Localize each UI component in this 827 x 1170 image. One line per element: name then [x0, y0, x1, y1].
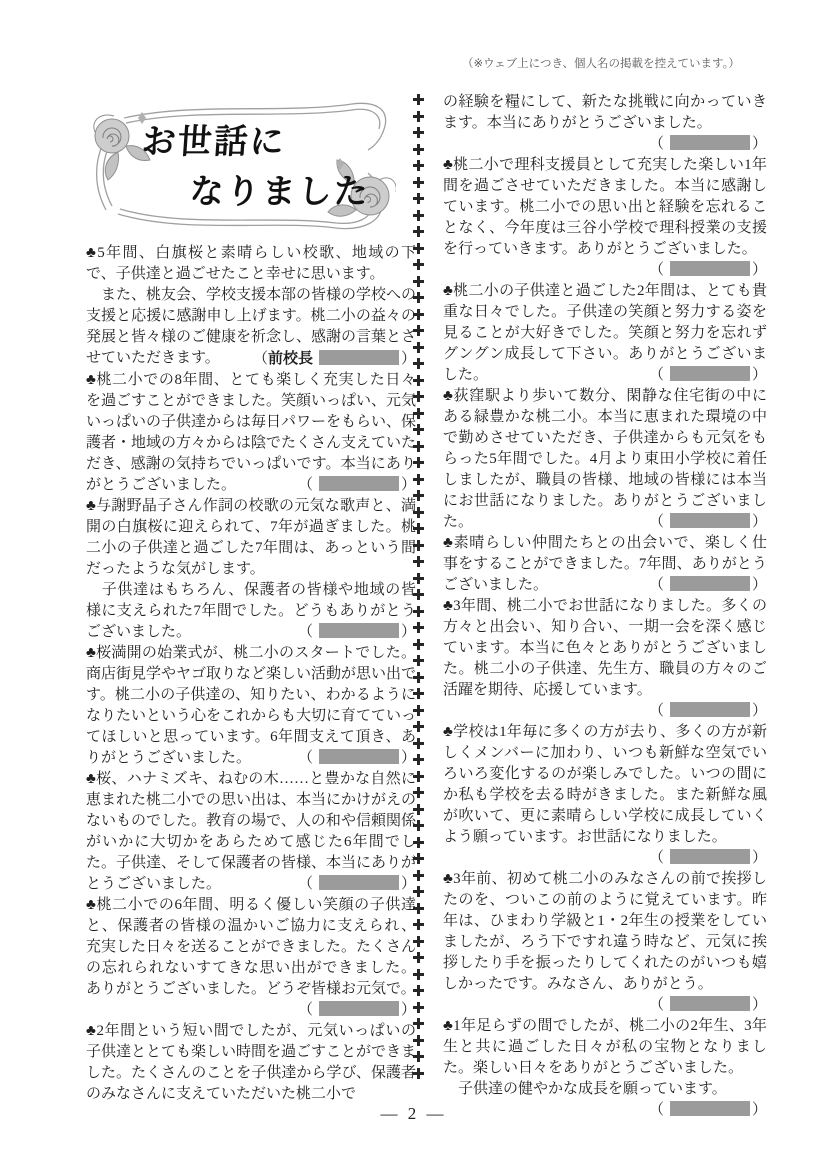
redacted-name-box	[670, 849, 750, 864]
message-text: ♣桃二小での8年間、とても楽しく充実した日々を過ごすことができました。笑顔いっぱ…	[86, 370, 416, 496]
message-block: ♣3年間、桃二小でお世話になりました。多くの方々と出会い、知り合い、一期一会を深…	[443, 596, 767, 722]
newsletter-page: （※ウェブ上につき、個人名の掲載を控えています。）	[0, 0, 827, 1170]
signature: （）	[298, 622, 416, 643]
signature: （）	[649, 995, 767, 1016]
signature: （）	[649, 134, 767, 155]
message-block: ♣素晴らしい仲間たちとの出会いで、楽しく仕事をすることができました。7年間、あり…	[443, 533, 767, 596]
message-text: ♣1年足らずの間でしたが、桃二小の2年生、3年生と共に過ごした日々が私の宝物とな…	[443, 1016, 767, 1079]
redacted-name-box	[670, 996, 750, 1011]
cross-icon	[413, 226, 424, 237]
message-block: の経験を糧にして、新たな挑戦に向かっていきます。本当にありがとうございました。（…	[443, 92, 767, 155]
redacted-name-box	[670, 135, 750, 150]
message-text: ♣素晴らしい仲間たちとの出会いで、楽しく仕事をすることができました。7年間、あり…	[443, 533, 767, 596]
redacted-name-box	[670, 702, 750, 717]
message-block: ♣荻窪駅より歩いて数分、閑静な住宅街の中にある緑豊かな桃二小。本当に恵まれた環境…	[443, 386, 767, 533]
privacy-note: （※ウェブ上につき、個人名の掲載を控えています。）	[462, 55, 752, 71]
redacted-name-box	[319, 350, 399, 365]
left-column: ♣5年間、白旗桜と素晴らしい校歌、地域の下で、子供達と過ごせたこと幸せに思います…	[86, 243, 416, 1105]
signature: （）	[649, 701, 767, 722]
cross-icon	[413, 94, 424, 105]
cross-icon	[413, 160, 424, 171]
message-block: ♣3年前、初めて桃二小のみなさんの前で挨拶したのを、ついこの前のように覚えていま…	[443, 869, 767, 1016]
redacted-name-box	[319, 875, 399, 890]
message-text: ♣桃二小で理科支援員として充実した楽しい1年間を過ごさせていただきました。本当に…	[443, 155, 767, 281]
cross-icon	[413, 210, 424, 221]
redacted-name-box	[670, 576, 750, 591]
message-text: ♣学校は1年毎に多くの方が去り、多くの方が新しくメンバーに加わり、いつも新鮮な空…	[443, 722, 767, 869]
right-column: の経験を糧にして、新たな挑戦に向かっていきます。本当にありがとうございました。（…	[443, 92, 767, 1121]
message-text: ♣2年間という短い間でしたが、元気いっぱいの子供達ととても楽しい時間を過ごすこと…	[86, 1021, 416, 1105]
message-text: ♣桜満開の始業式が、桃二小のスタートでした。商店街見学やヤゴ取りなど楽しい活動が…	[86, 643, 416, 769]
message-text: ♣桜、ハナミズキ、ねむの木……と豊かな自然に恵まれた桃二小での思い出は、本当にか…	[86, 769, 416, 895]
signature: （）	[298, 475, 416, 496]
cross-icon	[413, 111, 424, 122]
message-block: ♣桜、ハナミズキ、ねむの木……と豊かな自然に恵まれた桃二小での思い出は、本当にか…	[86, 769, 416, 895]
message-block: ♣5年間、白旗桜と素晴らしい校歌、地域の下で、子供達と過ごせたこと幸せに思います…	[86, 243, 416, 370]
redacted-name-box	[670, 261, 750, 276]
redacted-name-box	[670, 513, 750, 528]
signature: （）	[649, 260, 767, 281]
message-block: ♣与謝野晶子さん作詞の校歌の元気な歌声と、満開の白旗桜に迎えられて、7年が過ぎま…	[86, 496, 416, 643]
message-block: ♣桜満開の始業式が、桃二小のスタートでした。商店街見学やヤゴ取りなど楽しい活動が…	[86, 643, 416, 769]
message-text: 子供達はもちろん、保護者の皆様や地域の皆様に支えられた7年間でした。どうもありが…	[86, 580, 416, 643]
cross-icon	[413, 127, 424, 138]
message-block: ♣桃二小での6年間、明るく優しい笑顔の子供達と、保護者の皆様の温かいご協力に支え…	[86, 895, 416, 1021]
message-text: ♣3年間、桃二小でお世話になりました。多くの方々と出会い、知り合い、一期一会を深…	[443, 596, 767, 722]
redacted-name-box	[319, 476, 399, 491]
message-text: ♣5年間、白旗桜と素晴らしい校歌、地域の下で、子供達と過ごせたこと幸せに思います…	[86, 243, 416, 285]
cross-icon	[413, 193, 424, 204]
message-text: ♣荻窪駅より歩いて数分、閑静な住宅街の中にある緑豊かな桃二小。本当に恵まれた環境…	[443, 386, 767, 533]
redacted-name-box	[319, 1001, 399, 1016]
signature: （）	[649, 365, 767, 386]
signature: （）	[298, 1000, 416, 1021]
redacted-name-box	[670, 366, 750, 381]
message-block: ♣2年間という短い間でしたが、元気いっぱいの子供達ととても楽しい時間を過ごすこと…	[86, 1021, 416, 1105]
redacted-name-box	[319, 623, 399, 638]
signature: （）	[649, 512, 767, 533]
page-number: — 2 —	[0, 1104, 827, 1124]
signature: （）	[649, 848, 767, 869]
signature: （）	[298, 748, 416, 769]
page-title-line2: なりました	[188, 164, 371, 213]
signature-role-label: 前校長	[268, 350, 313, 367]
title-banner: お世話に なりました	[84, 92, 396, 244]
page-title-line1: お世話に	[140, 114, 287, 163]
message-block: ♣桃二小で理科支援員として充実した楽しい1年間を過ごさせていただきました。本当に…	[443, 155, 767, 281]
message-text: ♣3年前、初めて桃二小のみなさんの前で挨拶したのを、ついこの前のように覚えていま…	[443, 869, 767, 1016]
cross-icon	[413, 144, 424, 155]
message-text: ♣与謝野晶子さん作詞の校歌の元気な歌声と、満開の白旗桜に迎えられて、7年が過ぎま…	[86, 496, 416, 580]
message-block: ♣学校は1年毎に多くの方が去り、多くの方が新しくメンバーに加わり、いつも新鮮な空…	[443, 722, 767, 869]
redacted-name-box	[319, 749, 399, 764]
message-block: ♣桃二小での8年間、とても楽しく充実した日々を過ごすことができました。笑顔いっぱ…	[86, 370, 416, 496]
signature: （）	[298, 874, 416, 895]
message-text: ♣桃二小の子供達と過ごした2年間は、とても貴重な日々でした。子供達の笑顔と努力す…	[443, 281, 767, 386]
message-text: また、桃友会、学校支援本部の皆様の学校への支援と応援に感謝申し上げます。桃二小の…	[86, 285, 416, 370]
cross-icon	[413, 177, 424, 188]
signature: （前校長）	[253, 348, 416, 370]
message-block: ♣桃二小の子供達と過ごした2年間は、とても貴重な日々でした。子供達の笑顔と努力す…	[443, 281, 767, 386]
message-text: ♣桃二小での6年間、明るく優しい笑顔の子供達と、保護者の皆様の温かいご協力に支え…	[86, 895, 416, 1021]
signature: （）	[649, 575, 767, 596]
message-text: の経験を糧にして、新たな挑戦に向かっていきます。本当にありがとうございました。（…	[443, 92, 767, 155]
